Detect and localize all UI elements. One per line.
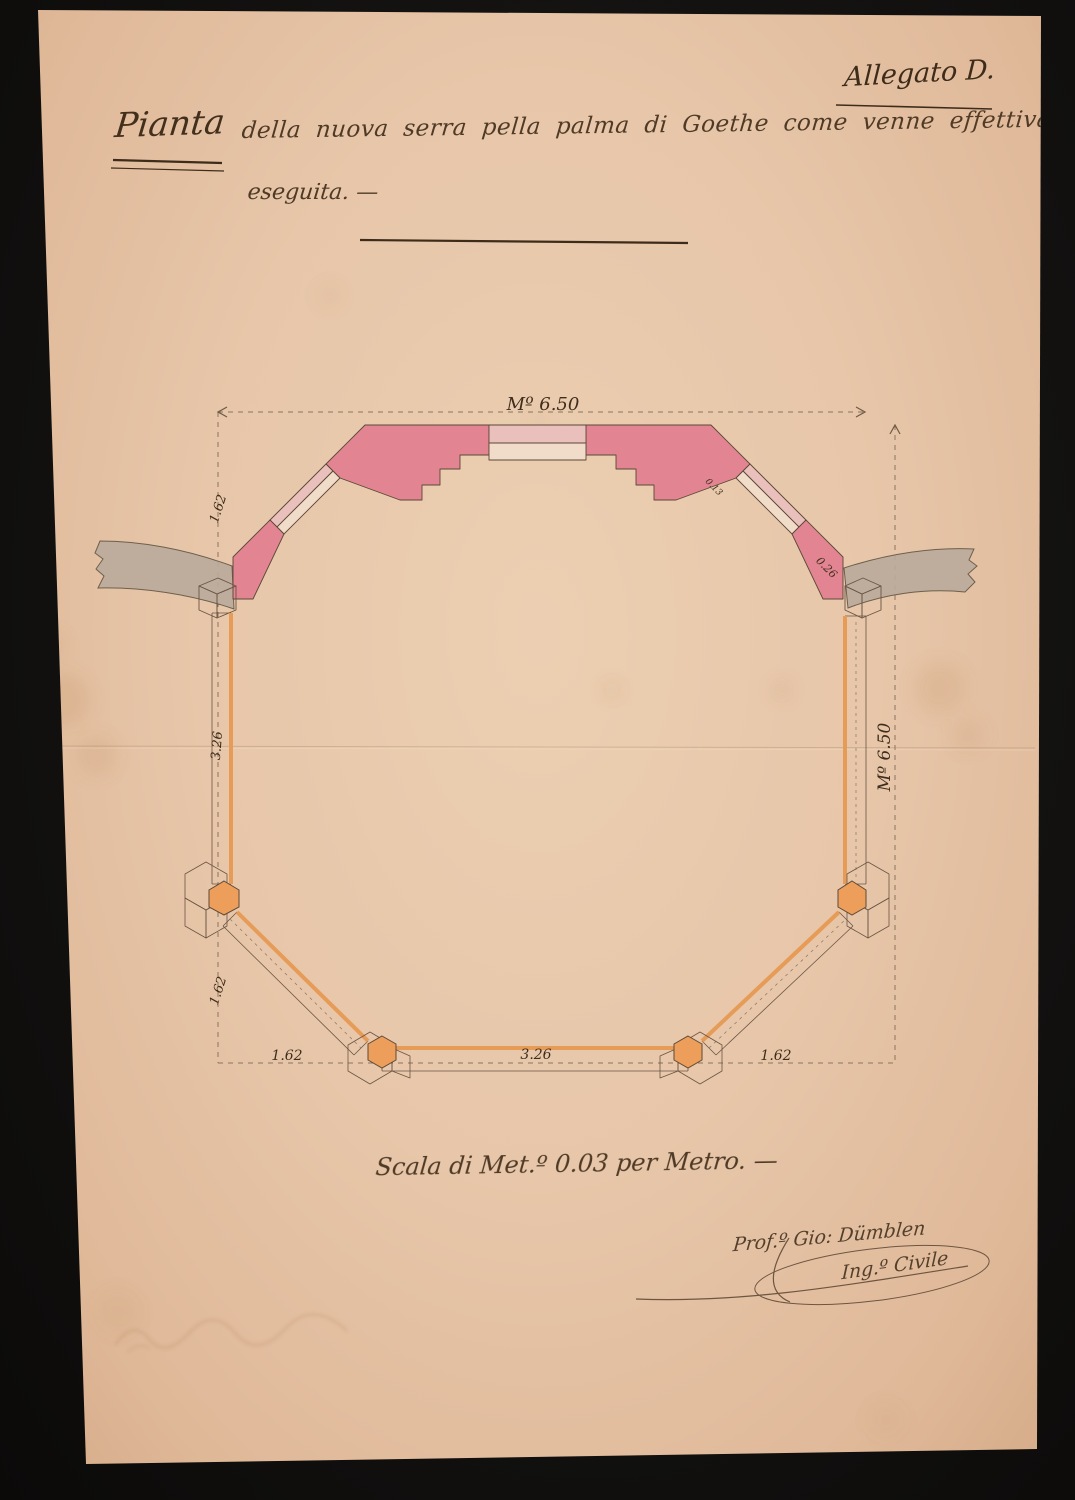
title-lead-word: Pianta [113, 102, 227, 146]
photograph-background: Mº 6.50 Mº 6.50 1.62 3.26 1.62 1.62 3.26… [0, 0, 1075, 1500]
left-wing-wall [95, 541, 234, 609]
wood-frame-walls [212, 613, 866, 1071]
floor-plan-drawing: Mº 6.50 Mº 6.50 1.62 3.26 1.62 1.62 3.26… [0, 0, 1075, 1500]
doorway-inner-band [489, 443, 586, 460]
corner-pillars [209, 881, 866, 1068]
corner-posts [199, 578, 881, 618]
top-wall-left-segment [326, 425, 489, 500]
dim-bottom-right: 1.62 [760, 1048, 791, 1064]
bottom-right-diagonal-wall [702, 912, 839, 1041]
drawing-sheet: Mº 6.50 Mº 6.50 1.62 3.26 1.62 1.62 3.26… [0, 0, 1075, 1500]
ghost-mark [115, 1314, 347, 1352]
bottom-left-diagonal-wall [237, 912, 368, 1041]
right-diagonal-glazing-outer [743, 464, 806, 527]
dim-bottom-left: 1.62 [271, 1048, 302, 1064]
dim-left-upper: 1.62 [207, 493, 230, 525]
dim-left-lower: 1.62 [207, 975, 230, 1007]
dim-top-width: Mº 6.50 [506, 394, 580, 415]
dim-right-height: Mº 6.50 [875, 722, 895, 792]
title-line2: eseguita. — [246, 180, 379, 205]
left-diagonal-glazing-inner [277, 471, 340, 534]
dim-bottom-side: 3.26 [520, 1047, 551, 1063]
doorway-outer-band [489, 425, 586, 443]
pillar-left [209, 881, 239, 915]
left-diagonal-glazing-outer [270, 464, 333, 527]
right-diagonal-glazing-inner [736, 471, 799, 534]
pillar-right [838, 881, 866, 915]
left-corner-pier [233, 520, 284, 599]
top-wall-right-segment [586, 425, 750, 500]
dim-left-side: 3.26 [209, 731, 226, 761]
new-masonry-walls [233, 425, 843, 599]
